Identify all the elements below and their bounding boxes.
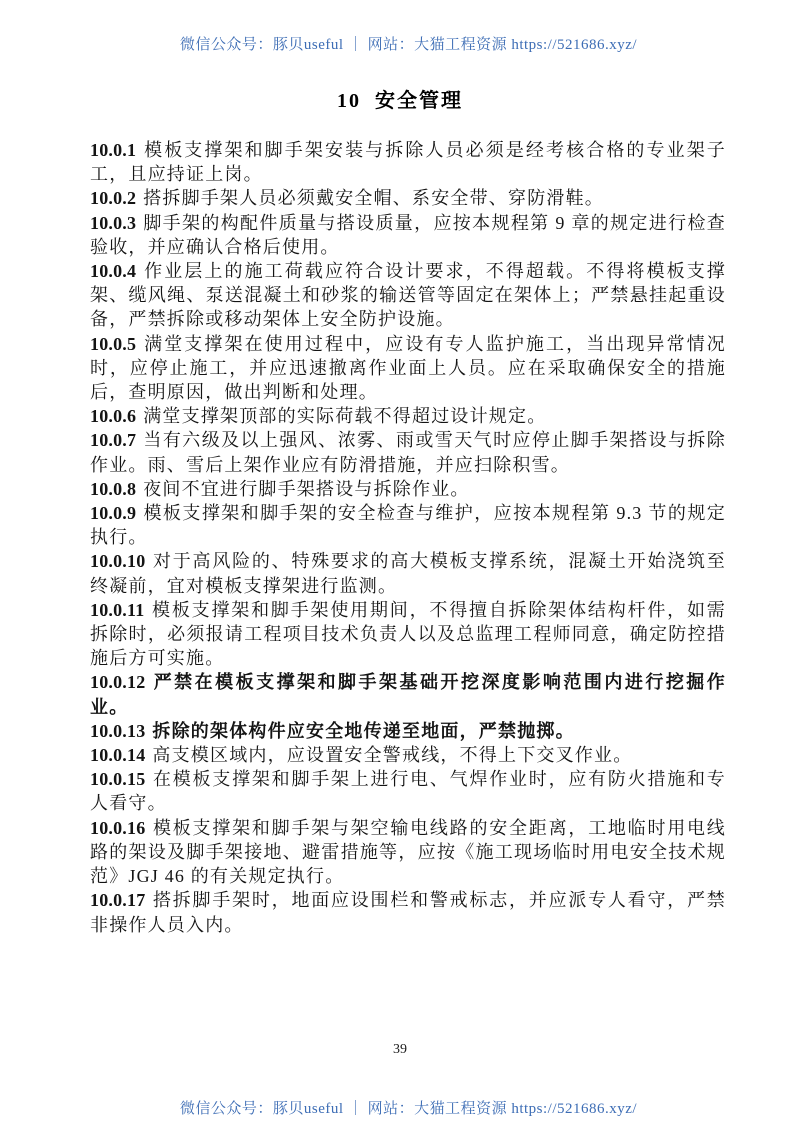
clause-text: 高支模区域内，应设置安全警戒线，不得上下交叉作业。 [152, 745, 632, 765]
clause-number: 10.0.5 [90, 334, 143, 354]
clause-number: 10.0.3 [90, 213, 143, 233]
header-watermark-text: 微信公众号：豚贝useful ｜ 网站：大猫工程资源 https://52168… [180, 37, 637, 53]
clause-text: 在模板支撑架和脚手架上进行电、气焊作业时，应有防火措施和专人看守。 [90, 769, 726, 813]
clause-10.0.13: 10.0.13拆除的架体构件应安全地传递至地面，严禁抛掷。 [90, 719, 726, 743]
clause-text: 对于高风险的、特殊要求的高大模板支撑系统，混凝土开始浇筑至终凝前，宜对模板支撑架… [90, 551, 726, 595]
clause-number: 10.0.10 [90, 551, 152, 571]
clause-number: 10.0.8 [90, 479, 143, 499]
chapter-title: 10 安全管理 [0, 84, 800, 113]
clause-text: 拆除的架体构件应安全地传递至地面，严禁抛掷。 [152, 721, 574, 741]
clause-number: 10.0.6 [90, 406, 143, 426]
clause-10.0.17: 10.0.17搭拆脚手架时，地面应设围栏和警戒标志，并应派专人看守，严禁非操作人… [90, 888, 726, 936]
clause-10.0.5: 10.0.5满堂支撑架在使用过程中，应设有专人监护施工，当出现异常情况时，应停止… [90, 332, 726, 405]
clause-10.0.12: 10.0.12严禁在模板支撑架和脚手架基础开挖深度影响范围内进行挖掘作业。 [90, 670, 726, 718]
clause-10.0.8: 10.0.8夜间不宜进行脚手架搭设与拆除作业。 [90, 477, 726, 501]
clause-text: 搭拆脚手架人员必须戴安全帽、系安全带、穿防滑鞋。 [143, 188, 604, 208]
clause-text: 当有六级及以上强风、浓雾、雨或雪天气时应停止脚手架搭设与拆除作业。雨、雪后上架作… [90, 430, 726, 474]
footer-watermark: 微信公众号：豚贝useful ｜ 网站：大猫工程资源 https://52168… [0, 1080, 800, 1131]
header-watermark: 微信公众号：豚贝useful ｜ 网站：大猫工程资源 https://52168… [0, 16, 800, 71]
clause-10.0.16: 10.0.16模板支撑架和脚手架与架空输电线路的安全距离，工地临时用电线路的架设… [90, 816, 726, 889]
clause-10.0.4: 10.0.4作业层上的施工荷载应符合设计要求，不得超载。不得将模板支撑架、缆风绳… [90, 259, 726, 332]
clause-text: 模板支撑架和脚手架安装与拆除人员必须是经考核合格的专业架子工，且应持证上岗。 [90, 140, 726, 184]
document-page: 微信公众号：豚贝useful ｜ 网站：大猫工程资源 https://52168… [0, 0, 800, 1131]
clause-10.0.14: 10.0.14高支模区域内，应设置安全警戒线，不得上下交叉作业。 [90, 743, 726, 767]
clause-10.0.6: 10.0.6满堂支撑架顶部的实际荷载不得超过设计规定。 [90, 404, 726, 428]
clause-number: 10.0.12 [90, 672, 152, 692]
clause-number: 10.0.14 [90, 745, 152, 765]
clause-text: 模板支撑架和脚手架与架空输电线路的安全距离，工地临时用电线路的架设及脚手架接地、… [90, 818, 726, 886]
clause-text: 脚手架的构配件质量与搭设质量，应按本规程第 9 章的规定进行检查验收，并应确认合… [90, 213, 726, 257]
clause-number: 10.0.15 [90, 769, 152, 789]
clause-text: 满堂支撑架顶部的实际荷载不得超过设计规定。 [143, 406, 546, 426]
clause-list: 10.0.1模板支撑架和脚手架安装与拆除人员必须是经考核合格的专业架子工，且应持… [90, 138, 726, 937]
clause-text: 模板支撑架和脚手架的安全检查与维护，应按本规程第 9.3 节的规定执行。 [90, 503, 726, 547]
clause-number: 10.0.2 [90, 188, 143, 208]
clause-number: 10.0.16 [90, 818, 152, 838]
clause-text: 夜间不宜进行脚手架搭设与拆除作业。 [143, 479, 469, 499]
clause-number: 10.0.1 [90, 140, 143, 160]
clause-number: 10.0.11 [90, 600, 151, 620]
clause-number: 10.0.17 [90, 890, 152, 910]
page-number: 39 [0, 1042, 800, 1058]
clause-10.0.1: 10.0.1模板支撑架和脚手架安装与拆除人员必须是经考核合格的专业架子工，且应持… [90, 138, 726, 186]
clause-10.0.7: 10.0.7当有六级及以上强风、浓雾、雨或雪天气时应停止脚手架搭设与拆除作业。雨… [90, 428, 726, 476]
clause-text: 满堂支撑架在使用过程中，应设有专人监护施工，当出现异常情况时，应停止施工，并应迅… [90, 334, 726, 402]
clause-10.0.9: 10.0.9模板支撑架和脚手架的安全检查与维护，应按本规程第 9.3 节的规定执… [90, 501, 726, 549]
clause-number: 10.0.9 [90, 503, 143, 523]
clause-number: 10.0.7 [90, 430, 143, 450]
clause-text: 严禁在模板支撑架和脚手架基础开挖深度影响范围内进行挖掘作业。 [90, 672, 726, 716]
clause-number: 10.0.4 [90, 261, 143, 281]
clause-10.0.11: 10.0.11模板支撑架和脚手架使用期间，不得擅自拆除架体结构杆件，如需拆除时，… [90, 598, 726, 671]
clause-text: 模板支撑架和脚手架使用期间，不得擅自拆除架体结构杆件，如需拆除时，必须报请工程项… [90, 600, 726, 668]
clause-number: 10.0.13 [90, 721, 152, 741]
clause-10.0.3: 10.0.3脚手架的构配件质量与搭设质量，应按本规程第 9 章的规定进行检查验收… [90, 211, 726, 259]
clause-10.0.2: 10.0.2搭拆脚手架人员必须戴安全帽、系安全带、穿防滑鞋。 [90, 186, 726, 210]
footer-watermark-text: 微信公众号：豚贝useful ｜ 网站：大猫工程资源 https://52168… [180, 1101, 637, 1117]
clause-text: 搭拆脚手架时，地面应设围栏和警戒标志，并应派专人看守，严禁非操作人员入内。 [90, 890, 726, 934]
clause-10.0.15: 10.0.15在模板支撑架和脚手架上进行电、气焊作业时，应有防火措施和专人看守。 [90, 767, 726, 815]
clause-10.0.10: 10.0.10对于高风险的、特殊要求的高大模板支撑系统，混凝土开始浇筑至终凝前，… [90, 549, 726, 597]
clause-text: 作业层上的施工荷载应符合设计要求，不得超载。不得将模板支撑架、缆风绳、泵送混凝土… [90, 261, 726, 329]
